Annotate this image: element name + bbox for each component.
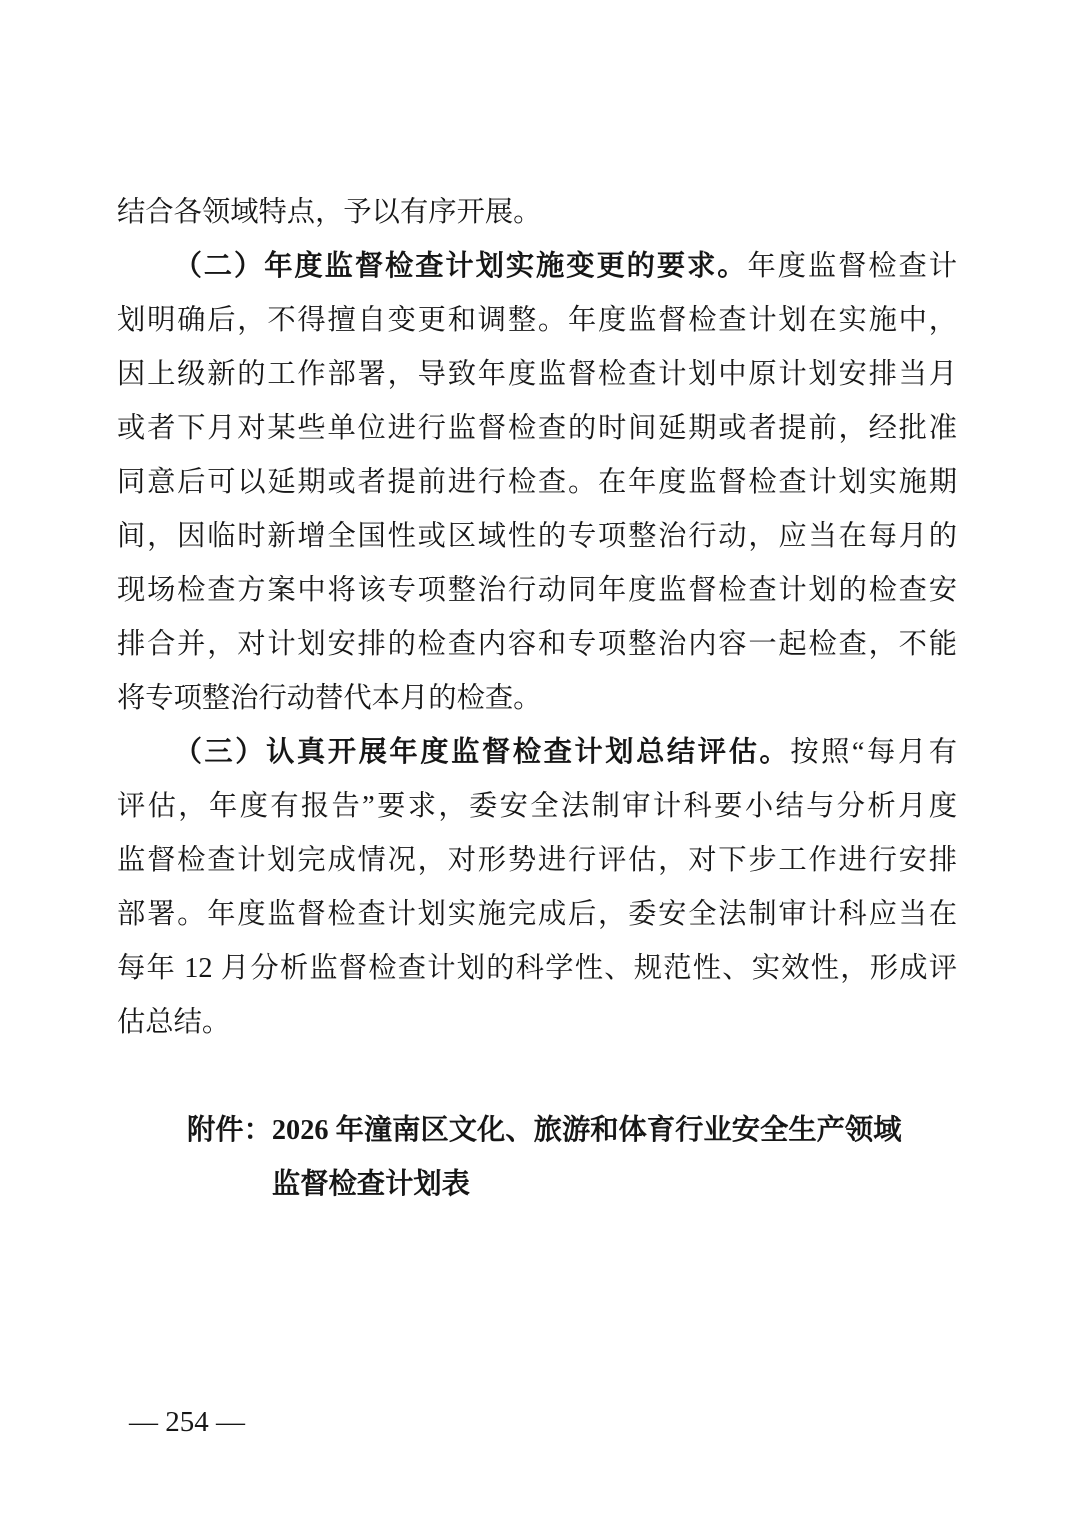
- paragraph: 结合各领域特点，予以有序开展。: [117, 186, 957, 240]
- attachment-label: 附件：: [187, 1115, 272, 1146]
- body-line: （三）认真开展年度监督检查计划总结评估。按照“每月有: [117, 726, 957, 780]
- body-text: 现场检查方案中将该专项整治行动同年度监督检查计划的检查安: [117, 575, 957, 606]
- body-line: 评估，年度有报告”要求，委安全法制审计科要小结与分析月度: [117, 780, 957, 834]
- attachment-note: 附件：2026 年潼南区文化、旅游和体育行业安全生产领域 监督检查计划表: [187, 1104, 957, 1212]
- body-line: 估总结。: [117, 996, 957, 1050]
- body-line: 监督检查计划完成情况，对形势进行评估，对下步工作进行安排: [117, 834, 957, 888]
- section-heading: （二）年度监督检查计划实施变更的要求。: [174, 251, 748, 282]
- paragraph: （二）年度监督检查计划实施变更的要求。年度监督检查计划明确后，不得擅自变更和调整…: [117, 240, 957, 726]
- body-line: 划明确后，不得擅自变更和调整。年度监督检查计划在实施中，: [117, 294, 957, 348]
- body-line: 间，因临时新增全国性或区域性的专项整治行动，应当在每月的: [117, 510, 957, 564]
- body-text: 同意后可以延期或者提前进行检查。在年度监督检查计划实施期: [117, 467, 957, 498]
- body-line: 同意后可以延期或者提前进行检查。在年度监督检查计划实施期: [117, 456, 957, 510]
- body-text: 排合并，对计划安排的检查内容和专项整治内容一起检查，不能: [117, 629, 957, 660]
- body-text: 评估，年度有报告”要求，委安全法制审计科要小结与分析月度: [117, 791, 957, 822]
- attachment-title-part-2: 监督检查计划表: [272, 1169, 470, 1200]
- attachment-title-part-1: 2026 年潼南区文化、旅游和体育行业安全生产领域: [272, 1115, 902, 1146]
- document-body: 结合各领域特点，予以有序开展。（二）年度监督检查计划实施变更的要求。年度监督检查…: [117, 186, 957, 1050]
- paragraph: （三）认真开展年度监督检查计划总结评估。按照“每月有评估，年度有报告”要求，委安…: [117, 726, 957, 1050]
- page-number: — 254 —: [129, 1406, 245, 1438]
- body-text: 结合各领域特点，予以有序开展。: [117, 197, 541, 228]
- body-text: 将专项整治行动替代本月的检查。: [117, 683, 541, 714]
- body-text: 按照“每月有: [790, 737, 957, 768]
- body-text: 或者下月对某些单位进行监督检查的时间延期或者提前，经批准: [117, 413, 957, 444]
- body-text: 部署。年度监督检查计划实施完成后，委安全法制审计科应当在: [117, 899, 957, 930]
- document-page: 结合各领域特点，予以有序开展。（二）年度监督检查计划实施变更的要求。年度监督检查…: [0, 0, 1074, 1520]
- body-text: 年度监督检查计: [747, 251, 957, 282]
- body-line: 将专项整治行动替代本月的检查。: [117, 672, 957, 726]
- page-footer: — 254 —: [129, 1406, 245, 1438]
- body-line: 现场检查方案中将该专项整治行动同年度监督检查计划的检查安: [117, 564, 957, 618]
- body-text: 因上级新的工作部署，导致年度监督检查计划中原计划安排当月: [117, 359, 957, 390]
- body-text: 间，因临时新增全国性或区域性的专项整治行动，应当在每月的: [117, 521, 957, 552]
- body-line: 排合并，对计划安排的检查内容和专项整治内容一起检查，不能: [117, 618, 957, 672]
- body-line: 或者下月对某些单位进行监督检查的时间延期或者提前，经批准: [117, 402, 957, 456]
- body-line: 每年 12 月分析监督检查计划的科学性、规范性、实效性，形成评: [117, 942, 957, 996]
- body-line: （二）年度监督检查计划实施变更的要求。年度监督检查计: [117, 240, 957, 294]
- document-content: 结合各领域特点，予以有序开展。（二）年度监督检查计划实施变更的要求。年度监督检查…: [117, 186, 957, 1212]
- blank-line: [117, 1050, 957, 1104]
- attachment-line-2: 监督检查计划表: [187, 1158, 957, 1212]
- attachment-line-1: 附件：2026 年潼南区文化、旅游和体育行业安全生产领域: [187, 1104, 957, 1158]
- body-text: 监督检查计划完成情况，对形势进行评估，对下步工作进行安排: [117, 845, 957, 876]
- body-line: 部署。年度监督检查计划实施完成后，委安全法制审计科应当在: [117, 888, 957, 942]
- section-heading: （三）认真开展年度监督检查计划总结评估。: [174, 737, 791, 768]
- body-text: 划明确后，不得擅自变更和调整。年度监督检查计划在实施中，: [117, 305, 957, 336]
- body-text: 每年 12 月分析监督检查计划的科学性、规范性、实效性，形成评: [117, 953, 957, 984]
- body-text: 估总结。: [117, 1007, 230, 1038]
- body-line: 结合各领域特点，予以有序开展。: [117, 186, 957, 240]
- body-line: 因上级新的工作部署，导致年度监督检查计划中原计划安排当月: [117, 348, 957, 402]
